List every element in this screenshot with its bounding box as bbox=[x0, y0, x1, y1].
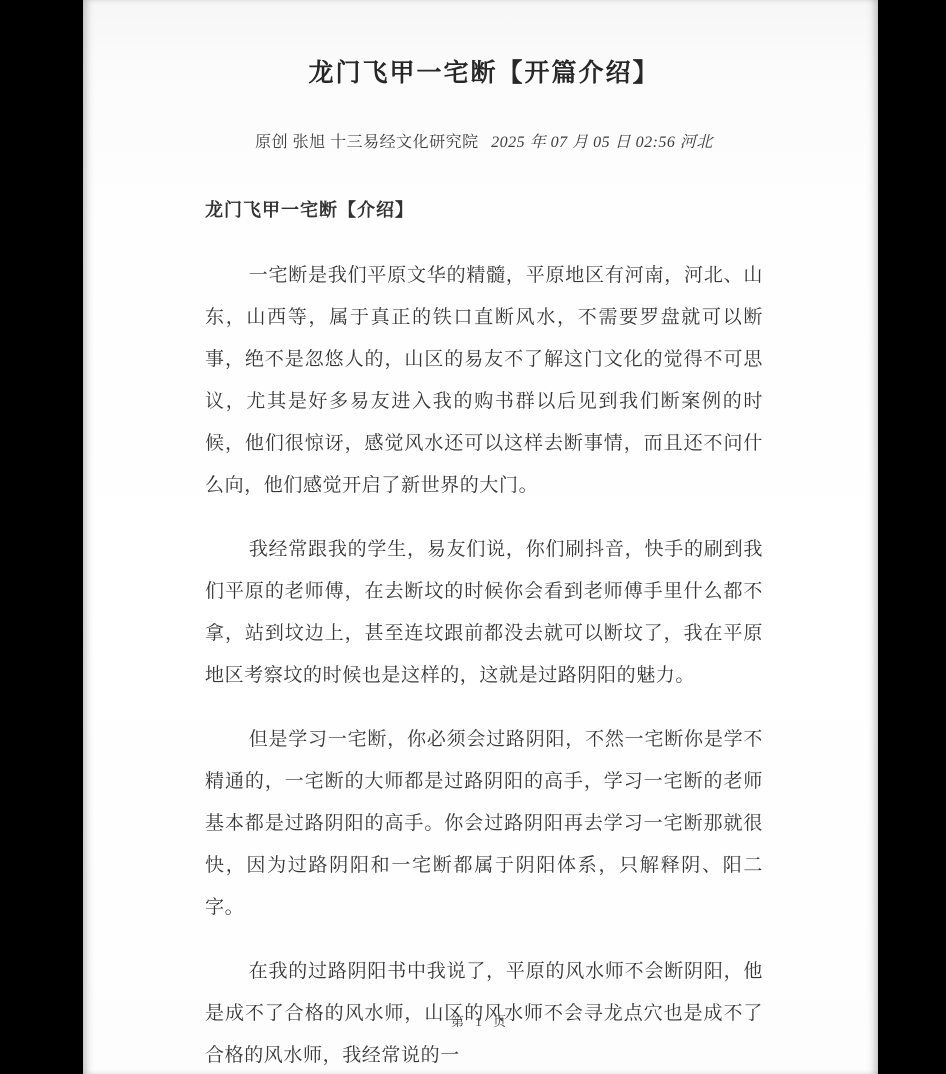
document-page: 龙门飞甲一宅断【开篇介绍】 原创 张旭 十三易经文化研究院 2025 年 07 … bbox=[83, 0, 878, 1074]
page-title: 龙门飞甲一宅断【开篇介绍】 bbox=[205, 58, 763, 91]
page-number: 第 1 页 bbox=[83, 1011, 878, 1030]
left-letterbox bbox=[0, 0, 83, 1074]
document-content: 龙门飞甲一宅断【开篇介绍】 原创 张旭 十三易经文化研究院 2025 年 07 … bbox=[83, 0, 878, 1074]
publish-datetime: 2025 年 07 月 05 日 02:56 河北 bbox=[491, 134, 713, 151]
paragraph-3: 但是学习一宅断，你必须会过路阴阳，不然一宅断你是学不精通的，一宅断的大师都是过路… bbox=[205, 719, 763, 929]
byline: 原创 张旭 十三易经文化研究院 2025 年 07 月 05 日 02:56 河… bbox=[205, 129, 763, 152]
section-heading: 龙门飞甲一宅断【介绍】 bbox=[205, 196, 763, 222]
screenshot-stage: 龙门飞甲一宅断【开篇介绍】 原创 张旭 十三易经文化研究院 2025 年 07 … bbox=[0, 0, 946, 1074]
author-credit: 原创 张旭 十三易经文化研究院 bbox=[255, 134, 479, 151]
paragraph-1: 一宅断是我们平原文华的精髓，平原地区有河南，河北、山东，山西等，属于真正的铁口直… bbox=[205, 255, 763, 507]
right-letterbox bbox=[878, 0, 946, 1074]
paragraph-2: 我经常跟我的学生，易友们说，你们刷抖音，快手的刷到我们平原的老师傅，在去断坟的时… bbox=[205, 529, 763, 697]
